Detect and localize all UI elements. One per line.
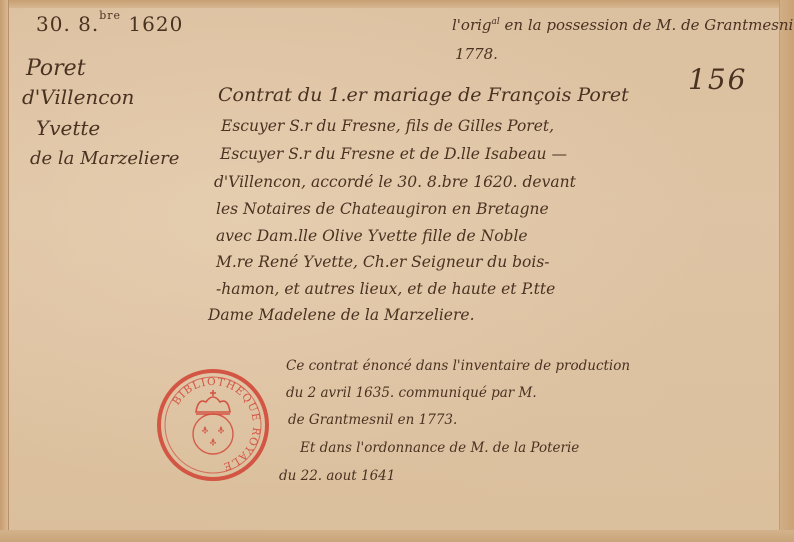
mount-edge-left [0,0,9,542]
body-line: M.re René Yvette, Ch.er Seigneur du bois… [216,255,550,271]
body-line: les Notaires de Chateaugiron en Bretagne [216,202,549,218]
date-heading: 30. 8.bre 1620 [36,14,183,34]
svg-text:BIBLIOTHEQUE ROYALE: BIBLIOTHEQUE ROYALE [170,376,262,473]
body-line: Escuyer S.r du Fresne, fils de Gilles Po… [221,119,554,135]
body-line: Escuyer S.r du Fresne et de D.lle Isabea… [220,147,567,163]
body-line: -hamon, et autres lieux, et de haute et … [216,282,555,298]
provenance-prefix: l'orig [452,16,492,34]
body-line: Contrat du 1.er mariage de François Pore… [218,86,629,105]
bibliotheque-royale-stamp-icon: BIBLIOTHEQUE ROYALE [156,368,270,482]
document-sheet: 30. 8.bre 1620 l'origal en la possession… [0,0,794,542]
body-line: Dame Madelene de la Marzeliere. [208,308,475,324]
provenance-year: 1778. [455,47,498,62]
provenance-note: l'origal en la possession de M. de Grant… [452,18,794,33]
mount-edge-top [0,0,794,8]
provenance-prefix-superscript: al [492,17,500,27]
margin-name: Yvette [36,118,100,138]
note-line: de Grantmesnil en 1773. [288,414,457,428]
mount-edge-right [779,0,794,542]
margin-name: de la Marzeliere [30,150,179,168]
note-line: Ce contrat énoncé dans l'inventaire de p… [286,360,630,374]
body-line: d'Villencon, accordé le 30. 8.bre 1620. … [214,175,576,191]
provenance-text: en la possession de M. de Grantmesnil [500,16,794,34]
mount-edge-bottom [0,530,794,542]
date-month-superscript: bre [99,9,121,22]
margin-name: Poret [26,58,86,80]
note-line: Et dans l'ordonnance de M. de la Poterie [300,442,579,456]
note-line: du 22. aout 1641 [279,470,395,484]
body-line: avec Dam.lle Olive Yvette fille de Noble [216,229,528,245]
date-day-month: 30. 8. [36,12,99,36]
note-line: du 2 avril 1635. communiqué par M. [286,387,537,401]
date-year: 1620 [128,12,183,36]
margin-name: d'Villencon [22,87,134,107]
shelf-number: 156 [688,66,747,94]
